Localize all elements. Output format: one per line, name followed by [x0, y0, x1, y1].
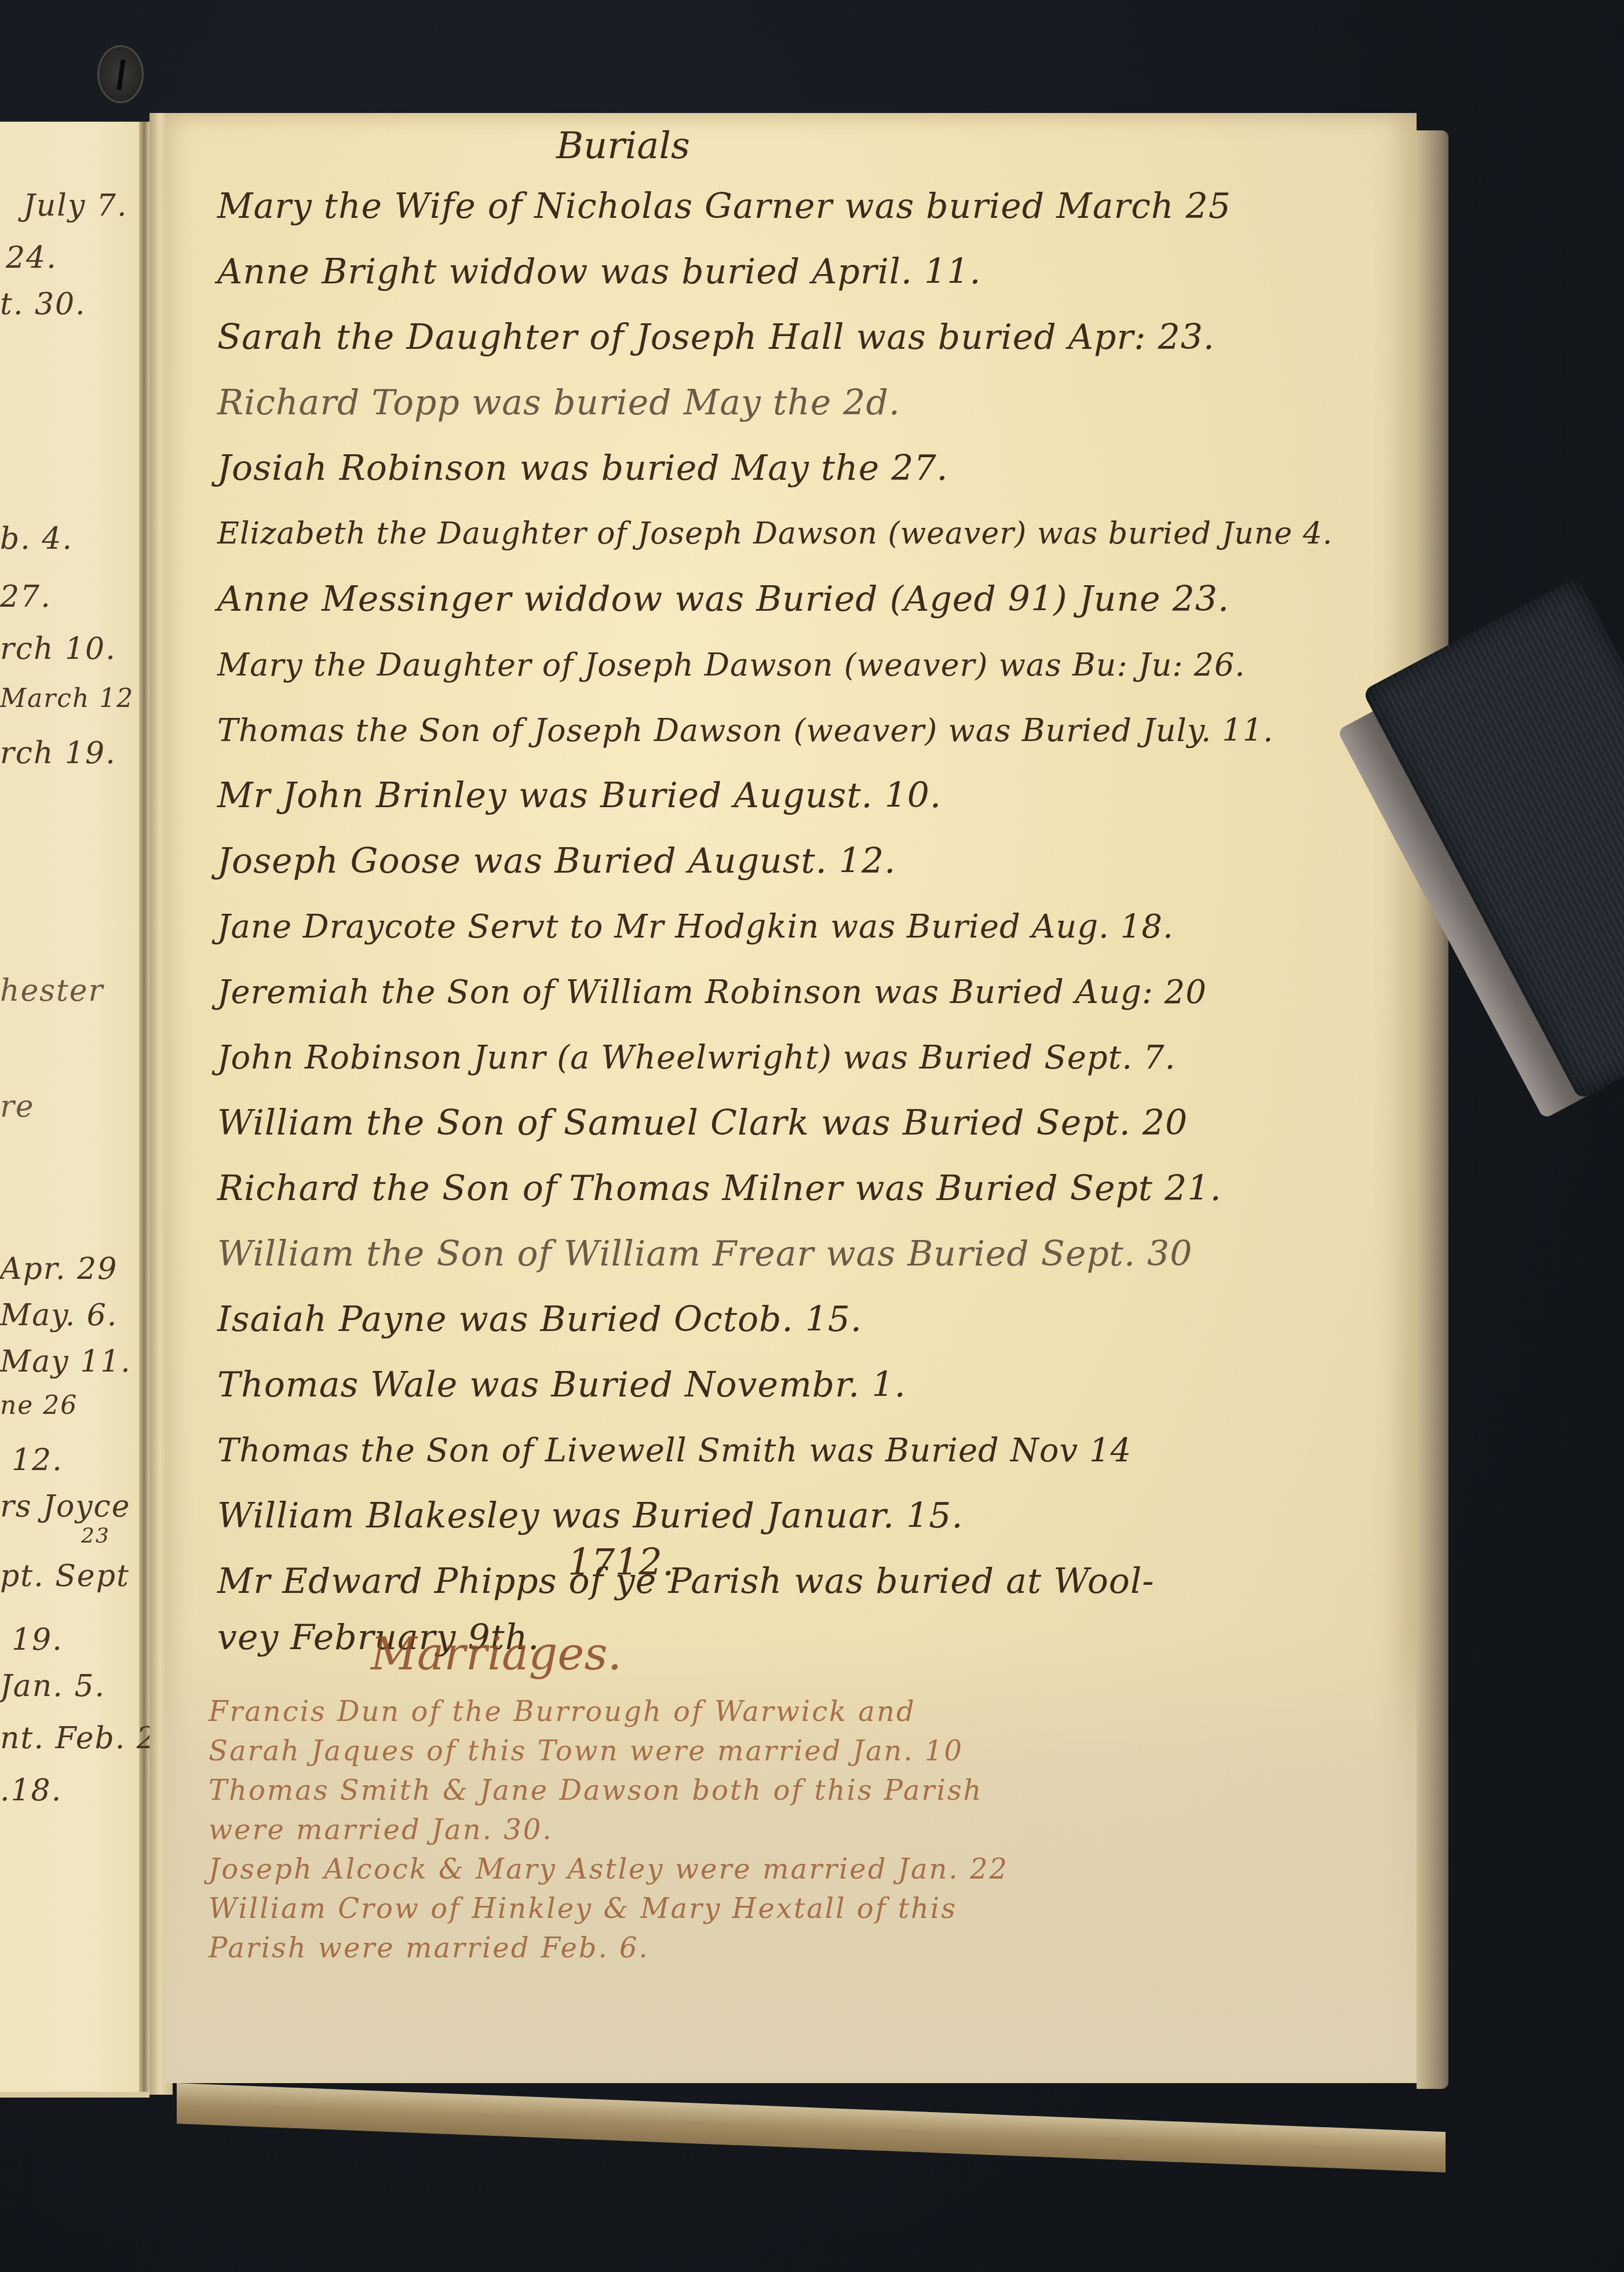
marriage-entry: Thomas Smith & Jane Dawson both of this …	[209, 1771, 1402, 1810]
burials-heading: Burials	[556, 125, 690, 167]
burial-entry: Sarah the Daughter of Joseph Hall was bu…	[217, 305, 1411, 370]
marriage-entry: Parish were married Feb. 6.	[209, 1928, 1402, 1968]
burial-entry: John Robinson Junr (a Wheelwright) was B…	[217, 1025, 1411, 1091]
left-fragment-line: pt. Sept	[0, 1559, 130, 1593]
burial-entry: Josiah Robinson was buried May the 27.	[217, 436, 1411, 501]
left-fragment-line: May. 6.	[0, 1298, 118, 1333]
marriages-list: Francis Dun of the Burrough of Warwick a…	[209, 1692, 1402, 1968]
left-fragment-line: May 11.	[0, 1344, 132, 1379]
left-fragment-line: March 12	[0, 684, 134, 713]
left-fragment-line: 19.	[12, 1622, 63, 1657]
left-fragment-line: rs Joyce	[0, 1489, 131, 1524]
left-fragment-line: 12.	[12, 1443, 63, 1478]
left-fragment-line: .18.	[0, 1773, 62, 1808]
left-fragment-line: hester	[0, 973, 104, 1008]
left-fragment-line: Jan. 5.	[0, 1669, 105, 1704]
burial-entry: Richard Topp was buried May the 2d.	[217, 370, 1411, 436]
burial-entry: William Blakesley was Buried Januar. 15.	[217, 1483, 1411, 1549]
burial-entry: Mr Edward Phipps of ye Parish was buried…	[217, 1549, 1411, 1614]
burial-entry: Anne Messinger widdow was Buried (Aged 9…	[217, 567, 1411, 632]
burial-entry: Mary the Daughter of Joseph Dawson (weav…	[217, 632, 1411, 698]
marriage-entry: Francis Dun of the Burrough of Warwick a…	[209, 1692, 1402, 1731]
left-fragment-line: 24.	[6, 240, 57, 275]
burial-entry: Joseph Goose was Buried August. 12.	[217, 829, 1411, 894]
burial-entry: William the Son of Samuel Clark was Buri…	[217, 1091, 1411, 1156]
left-fragment-line: 27.	[0, 579, 52, 614]
marriage-entry: Sarah Jaques of this Town were married J…	[209, 1731, 1402, 1771]
left-fragment-line: ne 26	[0, 1391, 78, 1420]
left-fragment-line: re	[0, 1089, 35, 1124]
burial-entry: Thomas Wale was Buried Novembr. 1.	[217, 1352, 1411, 1418]
marriage-entry: Joseph Alcock & Mary Astley were married…	[209, 1850, 1402, 1889]
left-fragment-line: b. 4.	[0, 521, 73, 556]
marriage-entry: William Crow of Hinkley & Mary Hextall o…	[209, 1889, 1402, 1928]
left-fragment-line: rch 10.	[0, 632, 116, 666]
burial-entry: Mary the Wife of Nicholas Garner was bur…	[217, 174, 1411, 239]
year-heading: 1712.	[568, 1541, 674, 1584]
burials-list: Mary the Wife of Nicholas Garner was bur…	[217, 174, 1411, 1661]
burial-entry: Isaiah Payne was Buried Octob. 15.	[217, 1287, 1411, 1352]
left-fragment-line: rch 19.	[0, 736, 116, 771]
burial-entry: Jeremiah the Son of William Robinson was…	[217, 960, 1411, 1025]
burial-entry: Thomas the Son of Livewell Smith was Bur…	[217, 1418, 1411, 1483]
marriages-heading: Marriages.	[371, 1628, 622, 1680]
burial-entry: Anne Bright widdow was buried April. 11.	[217, 239, 1411, 305]
burial-entry: Richard the Son of Thomas Milner was Bur…	[217, 1156, 1411, 1221]
burial-entry: Mr John Brinley was Buried August. 10.	[217, 763, 1411, 829]
burial-entry: Jane Draycote Servt to Mr Hodgkin was Bu…	[217, 894, 1411, 960]
marriage-entry: were married Jan. 30.	[209, 1810, 1402, 1850]
page-fore-edge	[1417, 130, 1448, 2089]
binding-edge	[139, 122, 149, 2092]
burial-entry: Thomas the Son of Joseph Dawson (weaver)…	[217, 698, 1411, 763]
burial-entry: William the Son of William Frear was Bur…	[217, 1221, 1411, 1287]
left-page-fragment: July 7. 24. t. 30. b. 4. 27. rch 10. Mar…	[0, 122, 149, 2098]
left-fragment-line: Apr. 29	[0, 1252, 118, 1286]
left-fragment-line: t. 30.	[0, 287, 86, 322]
left-fragment-line: 23	[81, 1524, 110, 1548]
left-fragment-line: July 7.	[23, 188, 128, 223]
burial-entry: Elizabeth the Daughter of Joseph Dawson …	[217, 501, 1411, 567]
screw-icon	[97, 45, 144, 103]
